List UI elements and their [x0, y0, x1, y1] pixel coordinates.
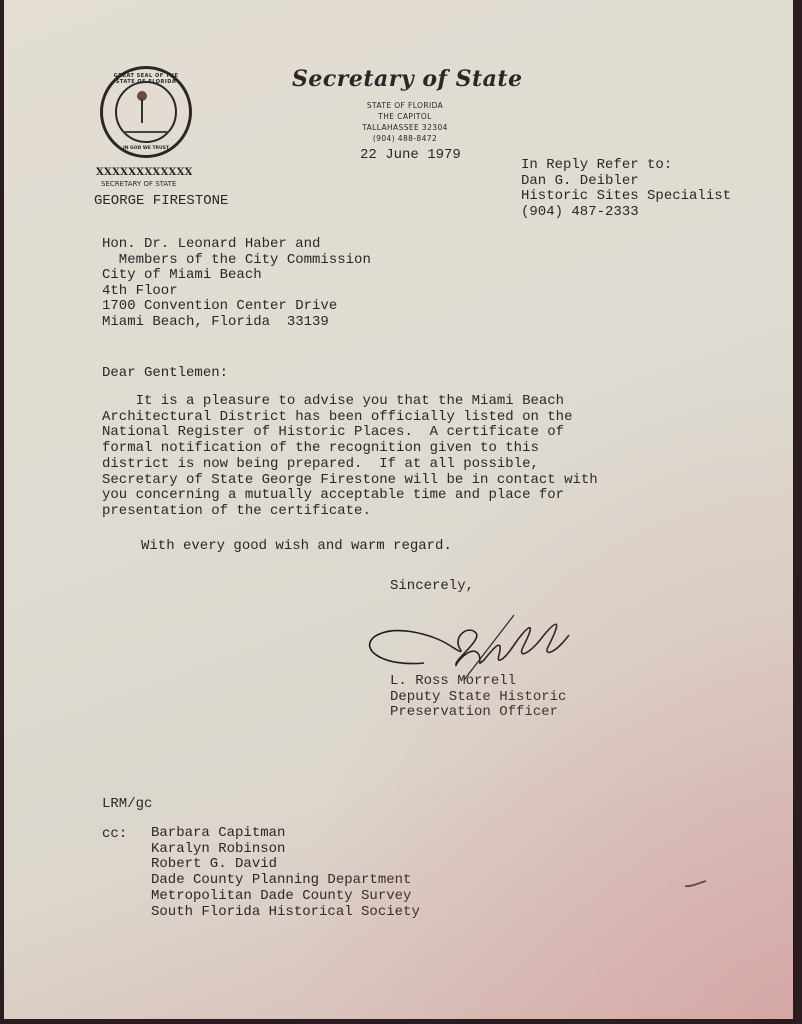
recipient-line: 4th Floor — [102, 284, 371, 300]
recipient-line: Hon. Dr. Leonard Haber and — [102, 237, 371, 253]
cc-recipient: Metropolitan Dade County Survey — [151, 889, 420, 905]
salutation: Dear Gentlemen: — [102, 365, 228, 381]
signer-title: Deputy State Historic — [390, 690, 566, 706]
signer-title: Preservation Officer — [390, 705, 566, 721]
body-line: Secretary of State George Firestone will… — [102, 473, 598, 489]
struck-out-name: XXXXXXXXXXXX — [96, 167, 193, 178]
reply-name: Dan G. Deibler — [521, 174, 731, 190]
secretary-name: GEORGE FIRESTONE — [94, 193, 228, 209]
seal-landscape — [125, 93, 169, 133]
letter-page: GREAT SEAL OF THE STATE OF FLORIDA IN GO… — [4, 0, 793, 1019]
reply-block: In Reply Refer to:Dan G. DeiblerHistoric… — [521, 158, 731, 220]
reply-label: In Reply Refer to: — [521, 158, 731, 174]
recipient-address: Hon. Dr. Leonard Haber and Members of th… — [102, 237, 371, 330]
reply-title: Historic Sites Specialist — [521, 189, 731, 205]
recipient-line: City of Miami Beach — [102, 268, 371, 284]
body-line: you concerning a mutually acceptable tim… — [102, 488, 598, 504]
recipient-line: 1700 Convention Center Drive — [102, 299, 371, 315]
body-line: National Register of Historic Places. A … — [102, 425, 598, 441]
letterhead-address: STATE OF FLORIDA THE CAPITOL TALLAHASSEE… — [344, 100, 466, 144]
body-line: Architectural District has been official… — [102, 410, 598, 426]
letterhead-phone: (904) 488-8472 — [344, 133, 466, 144]
cc-recipient: Dade County Planning Department — [151, 873, 420, 889]
recipient-line: Members of the City Commission — [102, 253, 371, 269]
body-line: It is a pleasure to advise you that the … — [102, 394, 598, 410]
reply-phone: (904) 487-2333 — [521, 205, 731, 221]
body-line: district is now being prepared. If at al… — [102, 457, 598, 473]
signer-name: L. Ross Morrell — [390, 674, 566, 690]
valediction: Sincerely, — [390, 578, 474, 594]
letter-date: 22 June 1979 — [360, 147, 461, 163]
body-line: presentation of the certificate. — [102, 504, 598, 520]
letterhead-address-line: STATE OF FLORIDA — [344, 100, 466, 111]
seal-top-text: GREAT SEAL OF THE STATE OF FLORIDA — [103, 73, 189, 85]
florida-state-seal-icon: GREAT SEAL OF THE STATE OF FLORIDA IN GO… — [100, 66, 192, 158]
body-line: formal notification of the recognition g… — [102, 441, 598, 457]
cc-recipient: Barbara Capitman — [151, 826, 420, 842]
cc-recipient: South Florida Historical Society — [151, 905, 420, 921]
secretary-label: SECRETARY OF STATE — [101, 180, 176, 188]
cc-recipient: Karalyn Robinson — [151, 842, 420, 858]
cc-list: Barbara Capitman Karalyn Robinson Robert… — [151, 826, 420, 920]
cc-recipient: Robert G. David — [151, 857, 420, 873]
pen-tick-mark-icon — [684, 880, 708, 888]
recipient-line: Miami Beach, Florida 33139 — [102, 315, 371, 331]
body-paragraph: It is a pleasure to advise you that the … — [102, 394, 598, 520]
cc-label: cc: — [102, 826, 127, 842]
closing-line: With every good wish and warm regard. — [141, 538, 452, 554]
seal-palm-icon — [141, 99, 143, 123]
signer-block: L. Ross MorrellDeputy State HistoricPres… — [390, 674, 566, 721]
letterhead-address-line: TALLAHASSEE 32304 — [344, 122, 466, 133]
letterhead-title: Secretary of State — [292, 66, 523, 92]
seal-bottom-text: IN GOD WE TRUST — [103, 146, 189, 151]
letterhead-address-line: THE CAPITOL — [344, 111, 466, 122]
reference-initials: LRM/gc — [102, 796, 152, 812]
